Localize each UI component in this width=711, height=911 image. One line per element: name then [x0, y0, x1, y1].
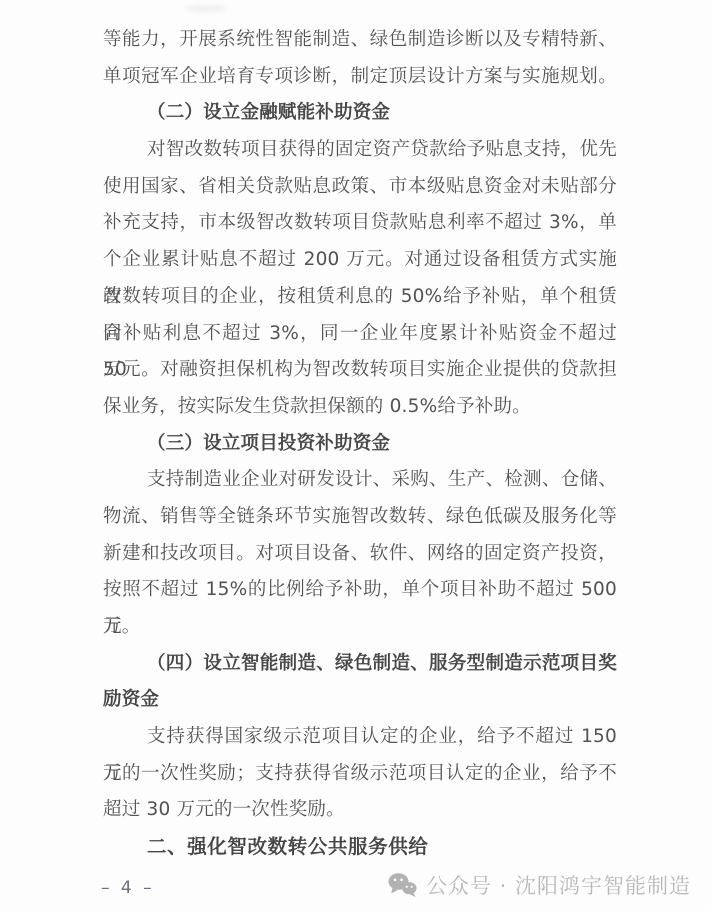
- text-line: 等能力，开展系统性智能制造、绿色制造诊断以及专精特新、: [103, 22, 617, 59]
- text-line: 支持制造业企业对研发设计、采购、生产、检测、仓储、: [103, 462, 617, 499]
- heading-line: 励资金: [103, 682, 617, 719]
- text-line: 对智改数转项目获得的固定资产贷款给予贴息支持，优先: [103, 132, 617, 169]
- text-line: 新建和技改项目。对项目设备、软件、网络的固定资产投资，: [103, 536, 617, 573]
- watermark-text: 公众号 · 沈阳鸿宇智能制造: [426, 870, 691, 900]
- heading-line: （三）设立项目投资补助资金: [103, 426, 617, 463]
- text-line: 保业务，按实际发生贷款担保额的 0.5%给予补助。: [103, 389, 617, 426]
- text-line: 同补贴利息不超过 3%，同一企业年度累计补贴资金不超过 50: [103, 316, 617, 353]
- scan-smudge: [186, 5, 226, 12]
- text-line: 个企业累计贴息不超过 200 万元。对通过设备租赁方式实施智: [103, 242, 617, 279]
- document-page: 等能力，开展系统性智能制造、绿色制造诊断以及专精特新、单项冠军企业培育专项诊断，…: [0, 0, 711, 911]
- text-line: 物流、销售等全链条环节实施智改数转、绿色低碳及服务化等: [103, 499, 617, 536]
- text-line: 使用国家、省相关贷款贴息政策、市本级贴息资金对未贴部分: [103, 169, 617, 206]
- heading-line: （二）设立金融赋能补助资金: [103, 95, 617, 132]
- page-number: – 4 –: [101, 878, 155, 898]
- watermark: 公众号 · 沈阳鸿宇智能制造: [388, 870, 691, 900]
- text-line: 万元。对融资担保机构为智改数转项目实施企业提供的贷款担: [103, 352, 617, 389]
- text-line: 补充支持，市本级智改数转项目贷款贴息利率不超过 3%，单: [103, 205, 617, 242]
- text-line: 改数转项目的企业，按租赁利息的 50%给予补贴，单个租赁合: [103, 279, 617, 316]
- text-line: 单项冠军企业培育专项诊断，制定顶层设计方案与实施规划。: [103, 59, 617, 96]
- text-line: 元。: [103, 609, 617, 646]
- document-body: 等能力，开展系统性智能制造、绿色制造诊断以及专精特新、单项冠军企业培育专项诊断，…: [103, 22, 617, 866]
- text-line: 支持获得国家级示范项目认定的企业，给予不超过 150 万: [103, 719, 617, 756]
- heading-line: 二、强化智改数转公共服务供给: [103, 829, 617, 866]
- text-line: 超过 30 万元的一次性奖励。: [103, 792, 617, 829]
- wechat-icon: [388, 872, 417, 898]
- text-line: 按照不超过 15%的比例给予补助，单个项目补助不超过 500 万: [103, 572, 617, 609]
- heading-line: （四）设立智能制造、绿色制造、服务型制造示范项目奖: [103, 646, 617, 683]
- text-line: 元的一次性奖励；支持获得省级示范项目认定的企业，给予不: [103, 756, 617, 793]
